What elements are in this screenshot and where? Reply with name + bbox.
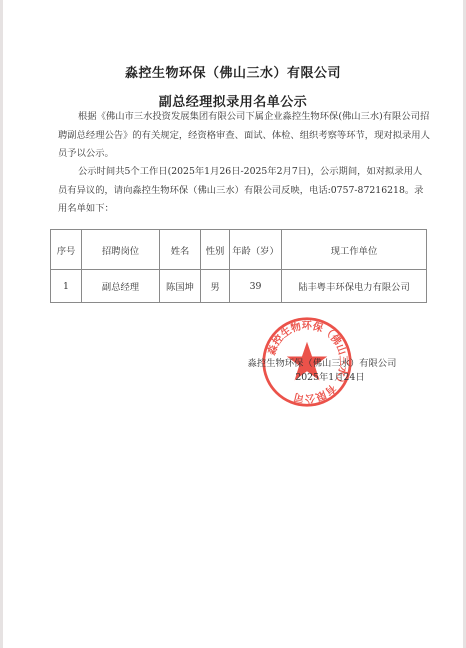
header-index: 序号 (51, 230, 82, 270)
company-title: 淼控生物环保（佛山三水）有限公司 (0, 62, 466, 81)
table-row: 1 副总经理 陈国坤 男 39 陆丰粤丰环保电力有限公司 (51, 270, 427, 303)
header-position: 招聘岗位 (82, 230, 160, 270)
cell-employer: 陆丰粤丰环保电力有限公司 (282, 270, 427, 303)
header-gender: 性别 (201, 230, 230, 270)
cell-age: 39 (230, 270, 282, 303)
paragraph-basis: 根据《佛山市三水投资发展集团有限公司下属企业淼控生物环保(佛山三水)有限公司招聘… (58, 108, 430, 164)
paragraph-period-text: 公示时间共5个工作日(2025年1月26日-2025年2月7日)，公示期间，如对… (58, 166, 423, 214)
candidate-table: 序号 招聘岗位 姓名 性别 年龄（岁） 现工作单位 1 副总经理 陈国坤 男 3… (50, 229, 427, 303)
table-header-row: 序号 招聘岗位 姓名 性别 年龄（岁） 现工作单位 (51, 230, 427, 270)
paragraph-period: 公示时间共5个工作日(2025年1月26日-2025年2月7日)，公示期间，如对… (58, 163, 430, 219)
cell-position: 副总经理 (82, 270, 160, 303)
header-name: 姓名 (160, 230, 201, 270)
cell-name: 陈国坤 (160, 270, 201, 303)
paragraph-basis-text: 根据《佛山市三水投资发展集团有限公司下属企业淼控生物环保(佛山三水)有限公司招聘… (58, 111, 430, 159)
header-employer: 现工作单位 (282, 230, 427, 270)
signature-date: 2025年1月24日 (240, 369, 420, 383)
cell-gender: 男 (201, 270, 230, 303)
cell-index: 1 (51, 270, 82, 303)
signature-company: 淼控生物环保（佛山三水）有限公司 (232, 355, 412, 369)
header-age: 年龄（岁） (230, 230, 282, 270)
